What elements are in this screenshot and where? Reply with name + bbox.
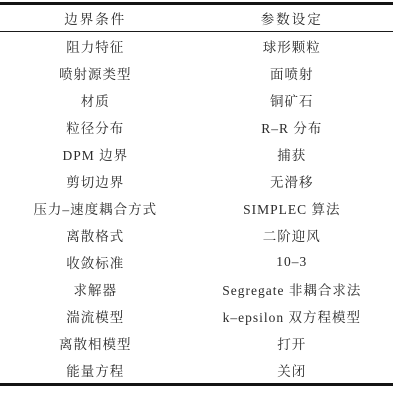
table-row: 离散格式 二阶迎风 [0,221,393,248]
condition-cell: 离散格式 [0,221,191,248]
condition-cell: 能量方程 [0,356,191,385]
value-cell: k–epsilon 双方程模型 [191,302,393,329]
condition-cell: 阻力特征 [0,32,191,60]
value-cell: 无滑移 [191,167,393,194]
table-row: 求解器 Segregate 非耦合求法 [0,275,393,302]
value-cell: 球形颗粒 [191,32,393,60]
condition-cell: 粒径分布 [0,113,191,140]
condition-cell: 离散相模型 [0,329,191,356]
value-cell: 二阶迎风 [191,221,393,248]
value-cell: 10–3 [191,248,393,275]
table-row: 压力–速度耦合方式 SIMPLEC 算法 [0,194,393,221]
value-cell: 捕获 [191,140,393,167]
table-row: 粒径分布 R–R 分布 [0,113,393,140]
condition-cell: 剪切边界 [0,167,191,194]
table-row: 剪切边界 无滑移 [0,167,393,194]
condition-cell: 收敛标准 [0,248,191,275]
header-boundary-conditions: 边界条件 [0,4,191,32]
condition-cell: 压力–速度耦合方式 [0,194,191,221]
table-row: 湍流模型 k–epsilon 双方程模型 [0,302,393,329]
condition-cell: 求解器 [0,275,191,302]
table-row: DPM 边界 捕获 [0,140,393,167]
table-row: 能量方程 关闭 [0,356,393,385]
value-cell: 铜矿石 [191,86,393,113]
header-parameter-settings: 参数设定 [191,4,393,32]
table-row: 收敛标准 10–3 [0,248,393,275]
table-header-row: 边界条件 参数设定 [0,4,393,32]
simulation-settings-table: 边界条件 参数设定 阻力特征 球形颗粒 喷射源类型 面喷射 材质 铜矿石 粒径分… [0,2,393,386]
paper-table-page: 边界条件 参数设定 阻力特征 球形颗粒 喷射源类型 面喷射 材质 铜矿石 粒径分… [0,0,393,394]
table-row: 阻力特征 球形颗粒 [0,32,393,60]
condition-cell: DPM 边界 [0,140,191,167]
value-cell: 打开 [191,329,393,356]
condition-cell: 材质 [0,86,191,113]
condition-cell: 湍流模型 [0,302,191,329]
value-cell: Segregate 非耦合求法 [191,275,393,302]
value-cell: 关闭 [191,356,393,385]
value-cell: SIMPLEC 算法 [191,194,393,221]
table-row: 离散相模型 打开 [0,329,393,356]
condition-cell: 喷射源类型 [0,59,191,86]
value-cell: 面喷射 [191,59,393,86]
table-row: 材质 铜矿石 [0,86,393,113]
value-cell: R–R 分布 [191,113,393,140]
table-row: 喷射源类型 面喷射 [0,59,393,86]
